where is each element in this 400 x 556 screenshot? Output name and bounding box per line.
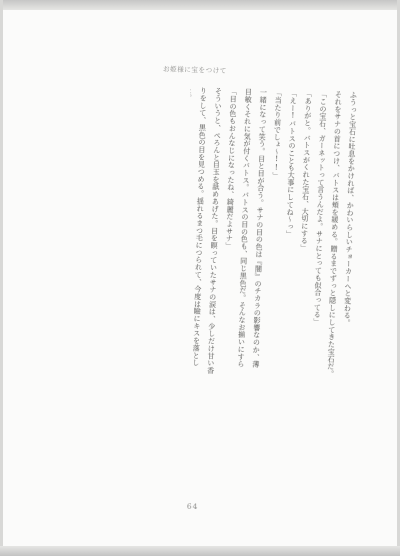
running-header: お姫様に宝をつけて — [163, 64, 283, 76]
page-number: 64 — [187, 502, 217, 512]
scan-edge-bottom — [0, 546, 400, 556]
book-page: お姫様に宝をつけて ふうっと宝石に吐息をかければ、かわいらしいチョーカーへと変わ… — [0, 0, 400, 556]
body-text: ふうっと宝石に吐息をかければ、かわいらしいチョーカーへと変わる。 それをサナの首… — [182, 87, 360, 384]
